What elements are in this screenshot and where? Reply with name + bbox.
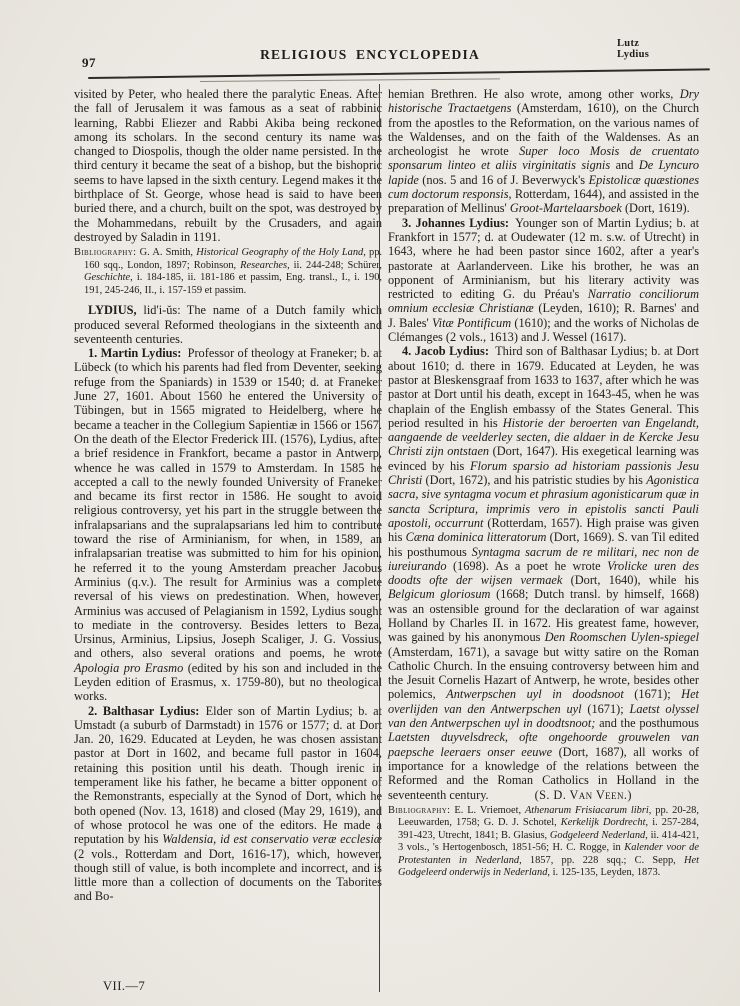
bibliography-lydius: Bibliography: E. L. Vriemoet, Athenarum … [388,805,699,880]
guide-word-bottom: Lydius [617,50,649,61]
entry-balthasar-lydius: 2. Balthasar Lydius: Elder son of Martin… [74,704,382,904]
encyclopedia-page: 97 RELIGIOUS ENCYCLOPEDIA Lutz Lydius vi… [0,0,740,1006]
column-divider [379,84,380,992]
right-column: hemian Brethren. He also wrote, among ot… [388,87,699,882]
header-rule-shadow [200,78,500,82]
entry-balthasar-continuation: hemian Brethren. He also wrote, among ot… [388,87,699,216]
header-guide-words: Lutz Lydius [617,39,649,60]
guide-word-top: Lutz [617,39,649,50]
header-rule [88,68,710,79]
lydda-article-continuation: visited by Peter, who healed there the p… [74,87,382,244]
bibliography-lydda: Bibliography: G. A. Smith, Historical Ge… [74,247,382,297]
left-column: visited by Peter, who healed there the p… [74,87,382,904]
entry-martin-lydius: 1. Martin Lydius: Professor of theology … [74,346,382,703]
entry-johannes-lydius: 3. Johannes Lydius: Younger son of Marti… [388,216,699,345]
entry-jacob-lydius: 4. Jacob Lydius: Third son of Balthasar … [388,344,699,802]
lydius-article-intro: LYDIUS, lid'i-ŭs: The name of a Dutch fa… [74,303,382,346]
volume-signature-mark: VII.—7 [103,979,145,994]
